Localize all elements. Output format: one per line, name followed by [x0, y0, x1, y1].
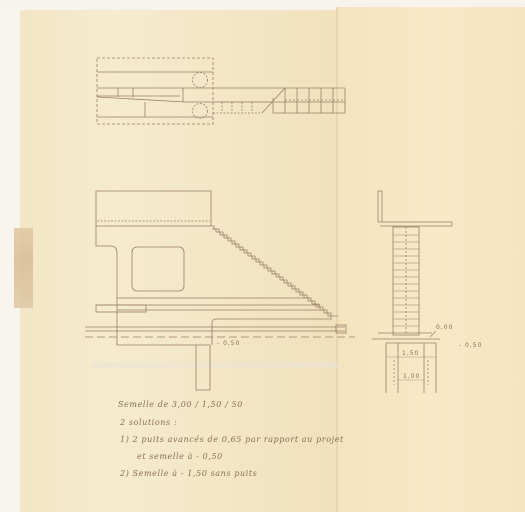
note-footing-dimensions: Semelle de 3,00 / 1,50 / 50 [118, 400, 243, 409]
plan-view [97, 58, 345, 124]
dimension-inner-width: 1,00 [403, 373, 420, 380]
note-solution-1: 1) 2 puits avancés de 0,65 par rapport a… [120, 435, 344, 444]
section-view [85, 191, 355, 390]
dimension-outer-width: 1,50 [402, 350, 419, 357]
elevation-level-bottom: - 0,50 [459, 342, 482, 349]
note-solution-1-cont: et semelle à - 0,50 [137, 452, 223, 461]
side-elevation [372, 191, 452, 393]
section-level-label: - 0,50 [217, 340, 240, 347]
note-two-solutions: 2 solutions : [120, 418, 177, 427]
elevation-level-top: 0,00 [436, 324, 453, 331]
note-solution-2: 2) Semelle à - 1,50 sans puits [120, 469, 257, 478]
